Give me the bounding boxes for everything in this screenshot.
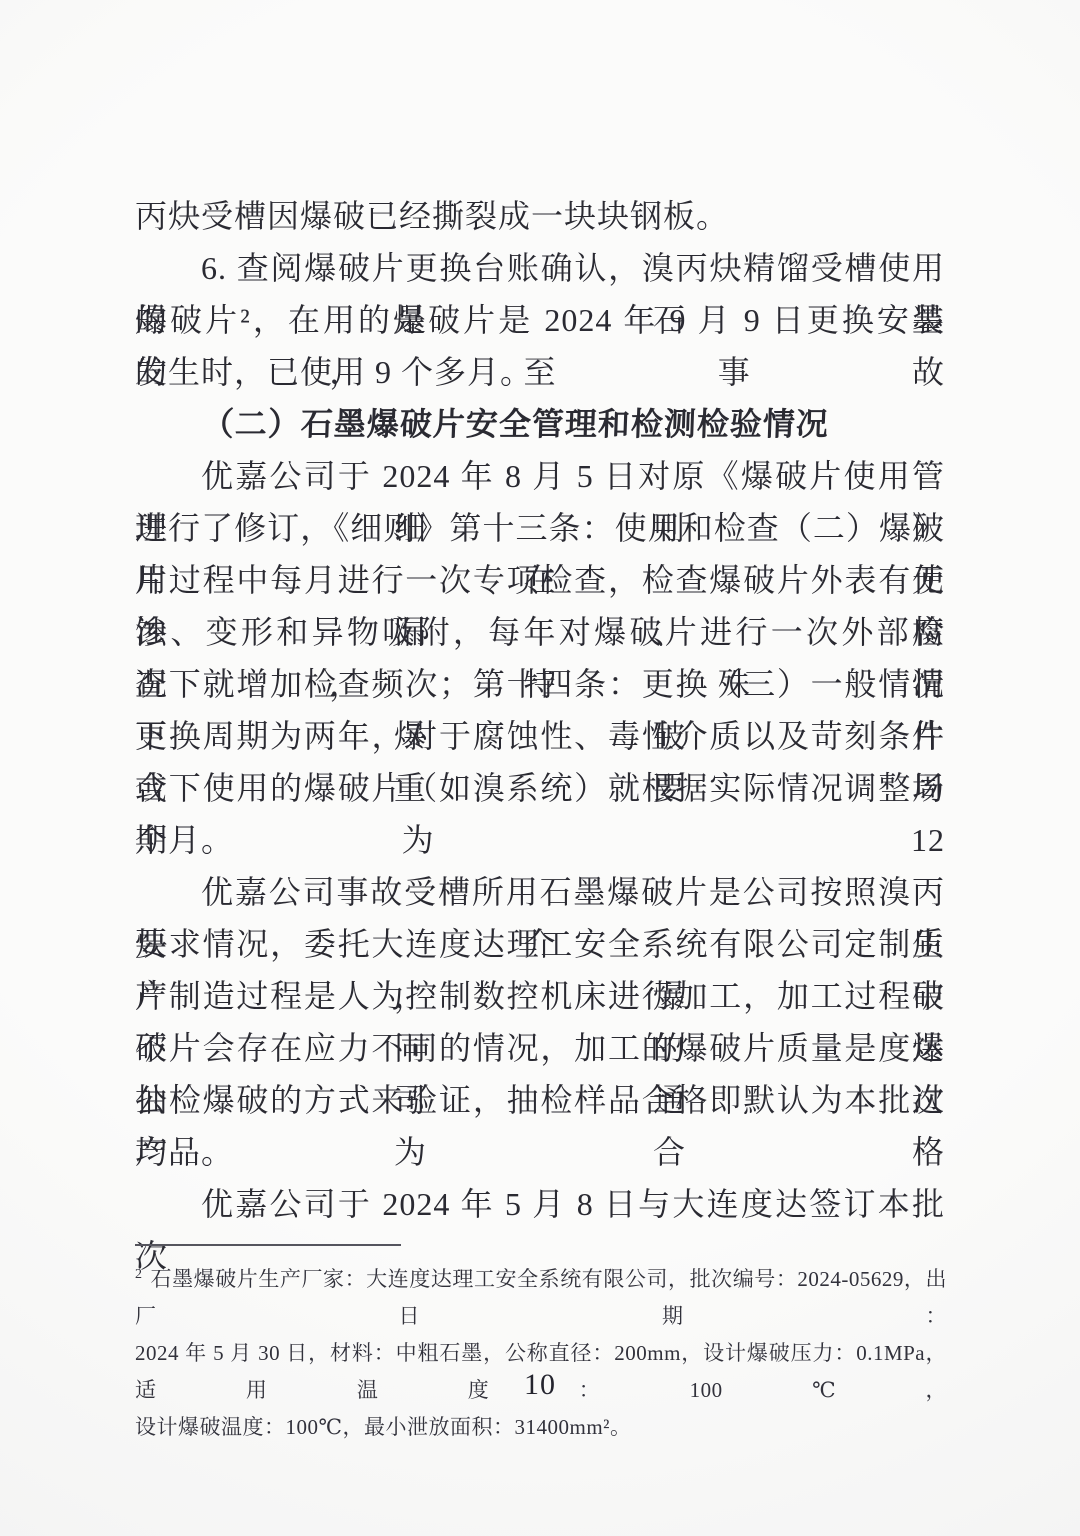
body-line: 抽检爆破的方式来验证，抽检样品合格即默认为本批次均为合格 <box>135 1074 945 1126</box>
section-heading: （二）石墨爆破片安全管理和检测检验情况 <box>135 398 947 450</box>
body-line: 爆破片²，在用的爆破片是 2024 年 9 月 9 日更换安装的，至事故 <box>135 294 945 346</box>
body-line: 合下使用的爆破片（如溴系统）就根据实际情况调整周期为 12 <box>135 762 945 814</box>
body-line: 优嘉公司事故受槽所用石墨爆破片是公司按照溴丙炔介质 <box>135 866 945 918</box>
footnote-section: 2石墨爆破片生产厂家：大连度达理工安全系统有限公司，批次编号：2024-0562… <box>135 1244 947 1446</box>
body-line: 优嘉公司于 2024 年 8 月 5 日对原《爆破片使用管理细则》 <box>135 450 945 502</box>
footnote-separator <box>135 1244 401 1246</box>
body-line: 丙炔受槽因爆破已经撕裂成一块块钢板。 <box>135 190 945 242</box>
body-line: 蚀、变形和异物吸附，每年对爆破片进行一次外部检查，特殊情 <box>135 606 945 658</box>
body-line: 片制造过程是人为控制数控机床进行加工，加工过程中不同的爆 <box>135 970 945 1022</box>
footnote-text: 石墨爆破片生产厂家：大连度达理工安全系统有限公司，批次编号：2024-05629… <box>135 1267 947 1328</box>
footnote-line: 设计爆破温度：100℃，最小泄放面积：31400mm²。 <box>135 1409 947 1446</box>
footnote-line: 2石墨爆破片生产厂家：大连度达理工安全系统有限公司，批次编号：2024-0562… <box>135 1256 947 1335</box>
footnote-marker: 2 <box>135 1267 143 1282</box>
body-line: 要求情况，委托大连度达理工安全系统有限公司定制生产，爆破 <box>135 918 945 970</box>
page-number: 10 <box>0 1368 1080 1402</box>
body-line: 优嘉公司于 2024 年 5 月 8 日与大连度达签订本批次 <box>135 1178 945 1230</box>
document-page: 丙炔受槽因爆破已经撕裂成一块块钢板。6. 查阅爆破片更换台账确认，溴丙炔精馏受槽… <box>0 0 1080 1536</box>
body-line: 用过程中每月进行一次专项检查，检查爆破片外表有无渗漏、腐 <box>135 554 945 606</box>
body-line: 破片会存在应力不同的情况，加工的爆破片质量是度达公司通过 <box>135 1022 945 1074</box>
body-line: 况下就增加检查频次；第十四条：更换（三）一般情况下爆破片 <box>135 658 945 710</box>
body-line: 更换周期为两年，对于腐蚀性、毒性介质以及苛刻条件或重要场 <box>135 710 945 762</box>
document-body: 丙炔受槽因爆破已经撕裂成一块块钢板。6. 查阅爆破片更换台账确认，溴丙炔精馏受槽… <box>135 190 945 1230</box>
body-line: 进行了修订，《细则》第十三条：使用和检查（二）爆破片在使 <box>135 502 945 554</box>
body-line: 6. 查阅爆破片更换台账确认，溴丙炔精馏受槽使用的是石墨 <box>135 242 945 294</box>
